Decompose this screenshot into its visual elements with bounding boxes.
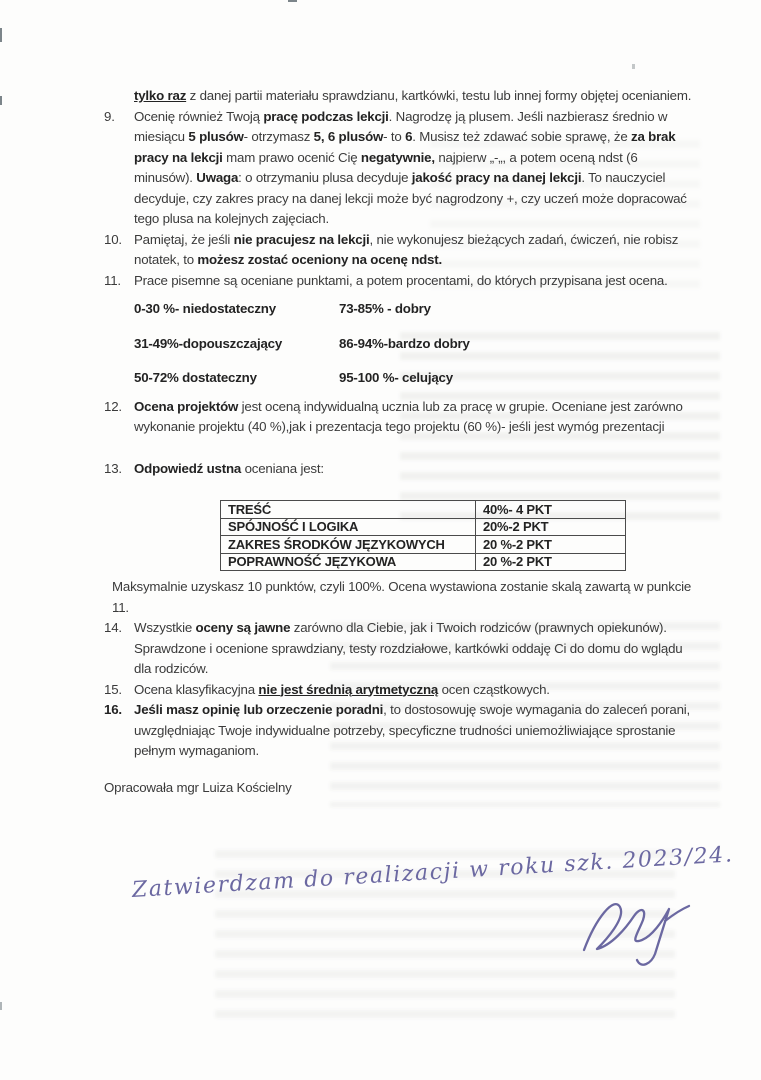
list-item-number: 12. bbox=[104, 397, 134, 438]
text-run: Wszystkie bbox=[134, 620, 196, 635]
scanned-document-page: tylko raz z danej partii materiału spraw… bbox=[0, 0, 761, 1080]
list-item-15: 15.Ocena klasyfikacyjna nie jest średnią… bbox=[104, 680, 694, 701]
list-item-text: Wszystkie oceny są jawne zarówno dla Cie… bbox=[134, 618, 694, 680]
grade-scale-row: 31-49%-dopouszczający86-94%-bardzo dobry bbox=[134, 334, 694, 355]
table-row: SPÓJNOŚĆ I LOGIKA20%-2 PKT bbox=[221, 518, 626, 536]
criterion-cell: ZAKRES ŚRODKÓW JĘZYKOWYCH bbox=[221, 536, 476, 554]
scan-artifact bbox=[288, 0, 297, 2]
scan-artifact bbox=[0, 28, 2, 42]
oral-response-criteria-table: TREŚĆ40%- 4 PKTSPÓJNOŚĆ I LOGIKA20%-2 PK… bbox=[220, 500, 626, 571]
list-item-text: Ocena klasyfikacyjna nie jest średnią ar… bbox=[134, 680, 694, 701]
grade-scale-cell: 31-49%-dopouszczający bbox=[134, 334, 339, 355]
list-item-number: 15. bbox=[104, 680, 134, 701]
scan-artifact bbox=[632, 64, 635, 69]
text-run: Ocena klasyfikacyjna bbox=[134, 682, 258, 697]
text-run: mam prawo ocenić Cię bbox=[223, 150, 361, 165]
points-cell: 20 %-2 PKT bbox=[476, 553, 626, 571]
grade-scale-cell: 95-100 %- celujący bbox=[339, 368, 453, 389]
text-run: 5 plusów bbox=[188, 129, 243, 144]
list-item-16: 16.Jeśli masz opinię lub orzeczenie pora… bbox=[104, 700, 694, 762]
list-item-text: Ocena projektów jest oceną indywidualną … bbox=[134, 397, 694, 438]
text-run: Odpowiedź ustna bbox=[134, 461, 241, 476]
text-run: nie pracujesz na lekcji bbox=[234, 232, 370, 247]
criterion-cell: POPRAWNOŚĆ JĘZYKOWA bbox=[221, 553, 476, 571]
list-item-9: 9.Ocenię również Twoją pracę podczas lek… bbox=[104, 107, 694, 230]
text-run: nie jest średnią arytmetyczną bbox=[258, 682, 438, 697]
grade-scale-cell: 73-85% - dobry bbox=[339, 299, 431, 320]
list-item-11: 11.Prace pisemne są oceniane punktami, a… bbox=[104, 271, 694, 292]
text-run: Pamiętaj, że jeśli bbox=[134, 232, 234, 247]
text-run: Prace pisemne są oceniane punktami, a po… bbox=[134, 273, 668, 288]
list-item-text: Jeśli masz opinię lub orzeczenie poradni… bbox=[134, 700, 694, 762]
text-run: negatywnie, bbox=[361, 150, 435, 165]
points-cell: 20 %-2 PKT bbox=[476, 536, 626, 554]
list-item-number: 13. bbox=[104, 459, 134, 480]
text-run: - to bbox=[383, 129, 405, 144]
points-cell: 20%-2 PKT bbox=[476, 518, 626, 536]
text-run: : o otrzymaniu plusa decyduje bbox=[238, 170, 412, 185]
list-item-10: 10.Pamiętaj, że jeśli nie pracujesz na l… bbox=[104, 230, 694, 271]
list-item-number: 16. bbox=[104, 700, 134, 762]
list-item-text: Ocenię również Twoją pracę podczas lekcj… bbox=[134, 107, 694, 230]
signature-stroke bbox=[584, 904, 669, 965]
scan-artifact bbox=[0, 1002, 2, 1010]
text-run: oceny są jawne bbox=[196, 620, 291, 635]
text-run: . Musisz też zdawać sobie sprawę, że bbox=[412, 129, 631, 144]
text-run: Uwaga bbox=[196, 170, 238, 185]
list-item-text: Pamiętaj, że jeśli nie pracujesz na lekc… bbox=[134, 230, 694, 271]
text-run: jakość pracy na danej lekcji bbox=[412, 170, 582, 185]
points-cell: 40%- 4 PKT bbox=[476, 501, 626, 519]
text-run: Jeśli masz opinię lub orzeczenie poradni bbox=[134, 702, 383, 717]
text-run: oceniana jest: bbox=[241, 461, 324, 476]
signature bbox=[568, 888, 708, 973]
list-item-text: Odpowiedź ustna oceniana jest: bbox=[134, 459, 694, 480]
author-line: Opracowała mgr Luiza Kościelny bbox=[104, 778, 694, 799]
list-item-12: 12.Ocena projektów jest oceną indywidual… bbox=[104, 397, 694, 438]
item-8-continuation: tylko raz z danej partii materiału spraw… bbox=[134, 86, 694, 107]
text-run: Opracowała mgr Luiza Kościelny bbox=[104, 780, 292, 795]
scan-artifact bbox=[0, 96, 2, 105]
grade-scale-cell: 86-94%-bardzo dobry bbox=[339, 334, 470, 355]
text-run: możesz zostać oceniony na ocenę ndst. bbox=[197, 252, 442, 267]
text-run: Ocenię również Twoją bbox=[134, 109, 263, 124]
table-row: TREŚĆ40%- 4 PKT bbox=[221, 501, 626, 519]
list-item-text: Prace pisemne są oceniane punktami, a po… bbox=[134, 271, 694, 292]
table-row: ZAKRES ŚRODKÓW JĘZYKOWYCH20 %-2 PKT bbox=[221, 536, 626, 554]
text-run: z danej partii materiału sprawdzianu, ka… bbox=[186, 88, 691, 103]
list-item-number: 11. bbox=[104, 271, 134, 292]
text-run: 5, 6 plusów bbox=[314, 129, 383, 144]
text-run: Maksymalnie uzyskasz 10 punktów, czyli 1… bbox=[112, 579, 691, 615]
grade-scale-cell: 50-72% dostateczny bbox=[134, 368, 339, 389]
criterion-cell: TREŚĆ bbox=[221, 501, 476, 519]
criterion-cell: SPÓJNOŚĆ I LOGIKA bbox=[221, 518, 476, 536]
text-run: tylko raz bbox=[134, 88, 186, 103]
list-item-number: 10. bbox=[104, 230, 134, 271]
grade-scale-row: 50-72% dostateczny95-100 %- celujący bbox=[134, 368, 694, 389]
table-row: POPRAWNOŚĆ JĘZYKOWA20 %-2 PKT bbox=[221, 553, 626, 571]
text-run: pracę podczas lekcji bbox=[263, 109, 388, 124]
list-item-14: 14.Wszystkie oceny są jawne zarówno dla … bbox=[104, 618, 694, 680]
grade-scale-cell: 0-30 %- niedostateczny bbox=[134, 299, 339, 320]
text-run: ocen cząstkowych. bbox=[438, 682, 550, 697]
criteria-note: Maksymalnie uzyskasz 10 punktów, czyli 1… bbox=[112, 577, 694, 618]
grade-scale: 0-30 %- niedostateczny73-85% - dobry31-4… bbox=[134, 299, 694, 389]
text-run: Ocena projektów bbox=[134, 399, 238, 414]
list-item-number: 14. bbox=[104, 618, 134, 680]
text-run: - otrzymasz bbox=[244, 129, 314, 144]
grade-scale-row: 0-30 %- niedostateczny73-85% - dobry bbox=[134, 299, 694, 320]
list-item-13: 13.Odpowiedź ustna oceniana jest: bbox=[104, 459, 694, 480]
list-item-number: 9. bbox=[104, 107, 134, 230]
document-blocks: tylko raz z danej partii materiału spraw… bbox=[104, 86, 694, 798]
